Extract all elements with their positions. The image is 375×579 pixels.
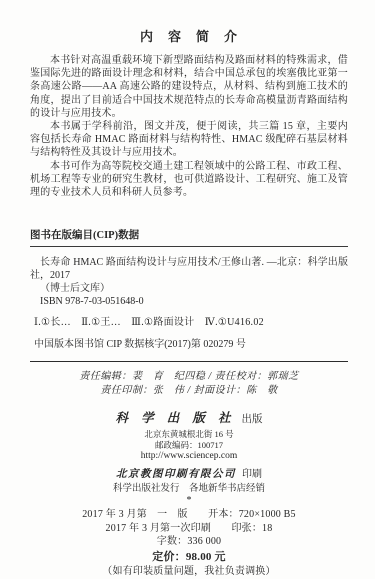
- staff-credits-section: 责任编辑：裴 育 纪四稳 / 责任校对：郭瑞芝 责任印制：张 伟 / 封面设计：…: [30, 370, 348, 398]
- staff-line-editors: 责任编辑：裴 育 纪四稳 / 责任校对：郭瑞芝: [30, 370, 348, 384]
- publisher-address: 北京东黄城根北街 16 号: [30, 429, 348, 440]
- printer-line: 北京教图印刷有限公司 印刷: [30, 466, 348, 481]
- summary-paragraph: 本书可作为高等院校交通土建工程领域中的公路工程、市政工程、机场工程等专业的研究生…: [30, 160, 348, 200]
- cip-section: 图书在版编目(CIP)数据 长寿命 HMAC 路面结构设计与应用技术/王修山著.…: [30, 227, 348, 362]
- summary-paragraph: 本书属于学科前沿，图文并茂，便于阅读，共三篇 15 章，主要内容包括长寿命 HM…: [30, 120, 348, 160]
- publisher-line: 科 学 出 版 社 出版: [30, 411, 348, 427]
- cip-isbn-line: ISBN 978-7-03-051648-0: [30, 296, 348, 309]
- print-label: 印刷: [242, 469, 262, 480]
- colophon-section: 科 学 出 版 社 出版 北京东黄城根北街 16 号 邮政编码：100717 h…: [30, 411, 348, 506]
- summary-paragraph: 本书针对高温重载环境下新型路面结构及路面材料的特殊需求，借鉴国际先进的路面设计理…: [30, 54, 348, 120]
- publish-label: 出版: [242, 414, 263, 425]
- quality-note: （如有印装质量问题，我社负责调换）: [30, 565, 348, 579]
- edition-info-section: 2017 年 3 月第 一 版 开本：720×1000 B5 2017 年 3 …: [30, 508, 348, 579]
- printer-name: 北京教图印刷有限公司: [116, 469, 236, 480]
- publisher-name: 科 学 出 版 社: [115, 411, 235, 425]
- asterisk-separator: *: [30, 496, 348, 506]
- content-summary-section: 内 容 简 介 本书针对高温重载环境下新型路面结构及路面材料的特殊需求，借鉴国际…: [30, 26, 348, 199]
- cip-record-line: 中国版本图书馆 CIP 数据核字(2017)第 020279 号: [30, 339, 348, 352]
- distribution-line: 科学出版社发行 各地新华书店经销: [30, 483, 348, 495]
- cip-body: 长寿命 HMAC 路面结构设计与应用技术/王修山著. —北京：科学出版社，201…: [30, 257, 348, 352]
- publisher-postcode: 邮政编码：100717: [30, 440, 348, 451]
- cip-series-line: （博士后文库）: [30, 283, 348, 296]
- edition-line-first-printing: 2017 年 3 月第一次印刷 印张：18: [30, 522, 348, 536]
- price-line: 定价：98.00 元: [30, 551, 348, 565]
- divider-rule: [30, 361, 348, 362]
- cip-classification-line: Ⅰ.①长… Ⅱ.①王… Ⅲ.①路面设计 Ⅳ.①U416.02: [30, 317, 348, 330]
- cip-header: 图书在版编目(CIP)数据: [30, 227, 348, 247]
- book-copyright-page: 内 容 简 介 本书针对高温重载环境下新型路面结构及路面材料的特殊需求，借鉴国际…: [0, 0, 375, 579]
- cip-title-line: 长寿命 HMAC 路面结构设计与应用技术/王修山著. —北京：科学出版社，201…: [30, 257, 348, 283]
- summary-title: 内 容 简 介: [30, 26, 348, 45]
- word-count-line: 字数：336 000: [30, 535, 348, 549]
- edition-line-first-edition: 2017 年 3 月第 一 版 开本：720×1000 B5: [30, 508, 348, 522]
- publisher-website: http://www.sciencep.com: [30, 451, 348, 462]
- staff-line-print-design: 责任印制：张 伟 / 封面设计：陈 敬: [30, 384, 348, 398]
